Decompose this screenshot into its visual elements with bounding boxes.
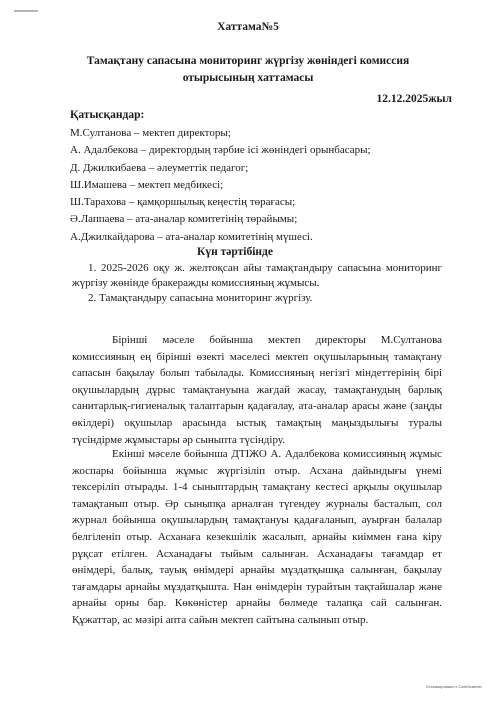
- document-subtitle: Тамақтану сапасына мониторинг жүргізу жө…: [70, 53, 426, 87]
- body-paragraph-first-issue: Бірінші мәселе бойынша мектеп директоры …: [72, 332, 442, 448]
- agenda-item: 1. 2025-2026 оқу ж. желтоқсан айы тамақт…: [72, 261, 442, 291]
- scan-artifact: [14, 10, 38, 12]
- participants-heading: Қатысқандар:: [70, 109, 144, 121]
- document-date: 12.12.2025жыл: [376, 93, 452, 105]
- participant-item: Ә.Лаппаева – ата-аналар комитетінің төра…: [70, 211, 470, 228]
- participant-item: Ш.Имашева – мектеп медбикесі;: [70, 177, 470, 194]
- participant-item: А. Адалбекова – директордың тәрбие ісі ж…: [70, 142, 470, 159]
- document-page: Хаттама№5 Тамақтану сапасына мониторинг …: [0, 0, 496, 702]
- agenda-item: 2. Тамақтандыру сапасына мониторинг жүрг…: [72, 291, 442, 306]
- agenda-heading: Күн тәртібінде: [0, 246, 496, 258]
- participant-item: А.Джилкайдарова – ата-аналар комитетінің…: [70, 229, 470, 246]
- participant-item: М.Султанова – мектеп директоры;: [70, 125, 470, 142]
- participant-item: Д. Джилкибаева – әлеуметтік педагог;: [70, 160, 470, 177]
- scanner-watermark: Отсканировано с CamScanner: [426, 684, 482, 689]
- participant-item: Ш.Тарахова – қамқоршылық кеңестің төраға…: [70, 194, 470, 211]
- document-title: Хаттама№5: [0, 21, 496, 33]
- participants-list: М.Султанова – мектеп директоры; А. Адалб…: [70, 125, 470, 246]
- agenda-heading-text: Күн тәртібінде: [197, 246, 273, 258]
- body-paragraph-second-issue: Екінші мәселе бойынша ДТІЖО А. Адалбеков…: [72, 446, 442, 629]
- agenda-list: 1. 2025-2026 оқу ж. желтоқсан айы тамақт…: [72, 261, 442, 306]
